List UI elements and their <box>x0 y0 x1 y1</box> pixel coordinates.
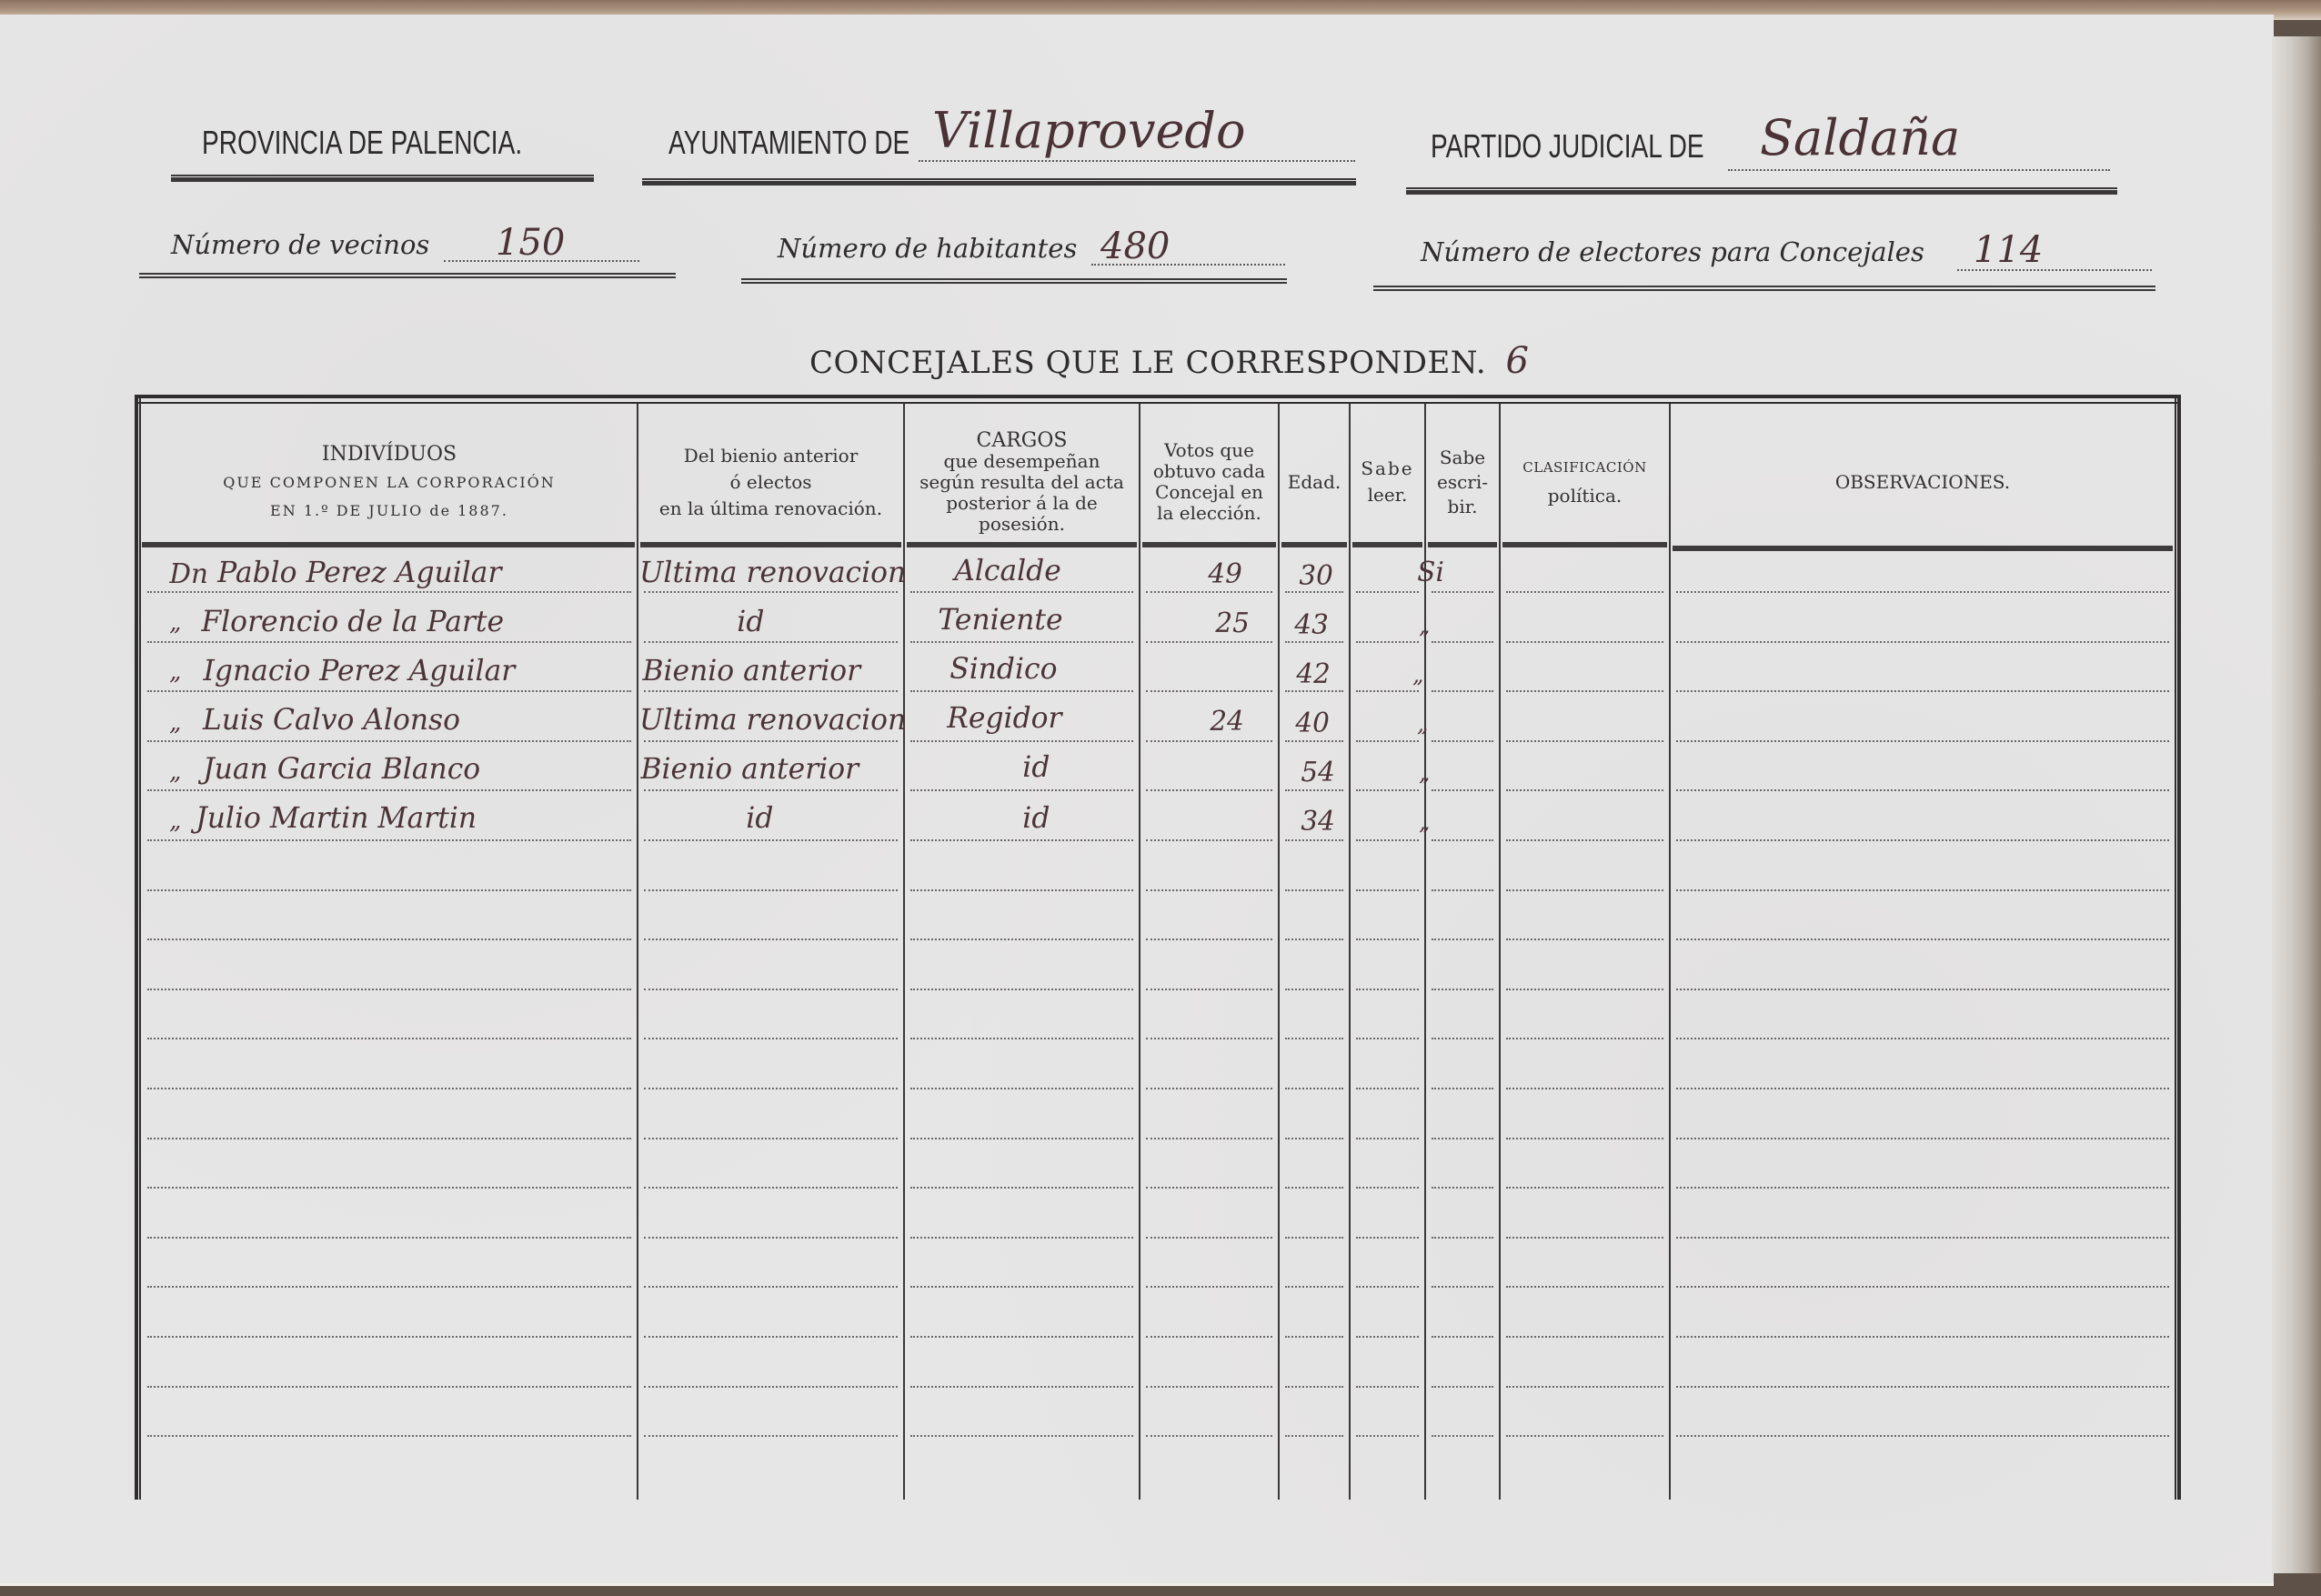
electores-rule <box>1373 286 2155 291</box>
row-ruling <box>1146 1187 1272 1189</box>
row-ruling <box>1506 939 1663 940</box>
row-ruling <box>1676 690 2169 692</box>
row-ruling <box>1432 1435 1493 1437</box>
row-ruling <box>910 789 1133 791</box>
row-ruling <box>1285 1435 1343 1437</box>
row-ruling <box>1506 1038 1663 1039</box>
row-ruling <box>644 1286 898 1288</box>
row-ruling <box>1506 1088 1663 1089</box>
row-ruling <box>1285 939 1343 940</box>
row-3-prefix: „ <box>169 658 181 686</box>
row-ruling <box>1432 1138 1493 1139</box>
header-cargos-line5: posesión. <box>979 514 1065 535</box>
header-observaciones: OBSERVACIONES. <box>1671 415 2175 549</box>
row-ruling <box>1676 839 2169 841</box>
header-edad-line1: Edad. <box>1288 472 1341 493</box>
row-ruling <box>644 789 898 791</box>
row-ruling <box>910 1386 1133 1388</box>
row-ruling <box>1285 1286 1343 1288</box>
row-ruling <box>1506 641 1663 643</box>
partido-dotted-line <box>1728 169 2110 171</box>
row-4-cargo: Regidor <box>947 700 1061 735</box>
row-5-edad: 54 <box>1301 757 1334 788</box>
row-ruling <box>910 1187 1133 1189</box>
row-2-sabe-escribir: „ <box>1419 613 1430 638</box>
row-ruling <box>147 839 631 841</box>
row-3-cargo: Sindico <box>949 651 1057 686</box>
row-ruling <box>1432 1386 1493 1388</box>
row-4-edad: 40 <box>1295 708 1329 739</box>
header-edad: Edad. <box>1280 415 1349 549</box>
header-underline-9 <box>1673 546 2173 551</box>
concejales-title: CONCEJALES QUE LE CORRESPONDEN. 6 <box>809 340 1529 382</box>
row-1-cargo: Alcalde <box>954 553 1061 587</box>
header-votos-line1: Votos que <box>1164 440 1254 461</box>
row-ruling <box>1506 1187 1663 1189</box>
header-bienio-line2: ó electos <box>729 472 811 493</box>
row-ruling <box>147 591 631 593</box>
row-ruling <box>1432 839 1493 841</box>
row-ruling <box>1146 1336 1272 1338</box>
row-ruling <box>1146 889 1272 891</box>
row-6-cargo: id <box>1022 800 1050 835</box>
row-6-bienio: id <box>746 800 773 835</box>
row-ruling <box>1506 591 1663 593</box>
row-ruling <box>910 1138 1133 1139</box>
row-ruling <box>910 839 1133 841</box>
row-1-sabe-escribir: Si <box>1417 557 1444 588</box>
row-6-prefix: „ <box>169 808 181 835</box>
row-ruling <box>147 641 631 643</box>
row-ruling <box>1506 1336 1663 1338</box>
row-ruling <box>644 1088 898 1089</box>
header-underline-7 <box>1428 542 1497 547</box>
header-votos-line2: obtuvo cada <box>1153 461 1265 482</box>
row-1-bienio: Ultima renovacion <box>639 555 906 589</box>
row-ruling <box>1285 1038 1343 1039</box>
row-ruling <box>1506 690 1663 692</box>
row-2-votos: 25 <box>1215 607 1249 639</box>
row-ruling <box>644 740 898 742</box>
header-sabe-escribir-line1: Sabe <box>1440 447 1485 468</box>
row-3-edad: 42 <box>1296 658 1330 690</box>
row-ruling <box>1356 939 1419 940</box>
row-ruling <box>147 740 631 742</box>
row-ruling <box>644 1038 898 1039</box>
header-sabe-escribir: Sabe escri- bir. <box>1426 415 1499 549</box>
row-ruling <box>1432 1088 1493 1089</box>
row-5-prefix: „ <box>169 758 181 786</box>
header-cargos-line2: que desempeñan <box>944 451 1100 472</box>
row-ruling <box>644 641 898 643</box>
row-ruling <box>1676 740 2169 742</box>
row-ruling <box>1676 1286 2169 1288</box>
row-ruling <box>147 1286 631 1288</box>
row-2-bienio: id <box>737 604 764 638</box>
row-4-nombre: Luis Calvo Alonso <box>203 702 460 737</box>
row-ruling <box>1676 1336 2169 1338</box>
row-ruling <box>1506 1138 1663 1139</box>
header-underline-4 <box>1142 542 1276 547</box>
col-sep-8 <box>1669 404 1671 1500</box>
row-ruling <box>147 690 631 692</box>
concejales-table: INDIVÍDUOS QUE COMPONEN LA CORPORACIÓN E… <box>135 395 2181 1500</box>
col-sep-5 <box>1349 404 1351 1500</box>
book-page-stack <box>2272 36 2321 1573</box>
row-6-nombre: Julio Martin Martin <box>196 800 477 835</box>
row-ruling <box>147 1187 631 1189</box>
header-clasificacion-line1: CLASIFICACIÓN <box>1522 457 1646 478</box>
row-ruling <box>1356 641 1419 643</box>
header-underline-8 <box>1502 542 1667 547</box>
header-bienio-line1: Del bienio anterior <box>684 446 859 467</box>
vecinos-rule <box>139 273 676 278</box>
row-5-cargo: id <box>1022 749 1050 784</box>
row-ruling <box>1356 740 1419 742</box>
ayuntamiento-label: AYUNTAMIENTO DE <box>668 124 909 162</box>
row-ruling <box>1146 939 1272 940</box>
row-ruling <box>910 989 1133 990</box>
header-sabe-escribir-line3: bir. <box>1448 497 1478 517</box>
row-2-cargo: Teniente <box>938 602 1062 637</box>
row-ruling <box>1356 1237 1419 1239</box>
header-clasificacion: CLASIFICACIÓN política. <box>1501 415 1669 549</box>
row-3-bienio: Bienio anterior <box>642 653 860 688</box>
row-ruling <box>1432 1237 1493 1239</box>
header-bienio-line3: en la última renovación. <box>659 498 882 519</box>
row-ruling <box>1356 591 1419 593</box>
row-ruling <box>1146 1088 1272 1089</box>
row-ruling <box>1506 989 1663 990</box>
row-ruling <box>1432 1038 1493 1039</box>
row-ruling <box>1285 1138 1343 1139</box>
row-ruling <box>1285 1237 1343 1239</box>
row-ruling <box>910 1088 1133 1089</box>
row-ruling <box>1146 989 1272 990</box>
row-ruling <box>910 1336 1133 1338</box>
row-ruling <box>1356 839 1419 841</box>
col-sep-1 <box>637 404 638 1500</box>
col-sep-4 <box>1278 404 1280 1500</box>
row-1-votos: 49 <box>1208 558 1241 590</box>
row-ruling <box>1146 641 1272 643</box>
row-ruling <box>1146 1286 1272 1288</box>
row-ruling <box>1285 989 1343 990</box>
row-ruling <box>1285 1088 1343 1089</box>
vecinos-label: Número de vecinos <box>171 229 429 260</box>
row-ruling <box>910 1237 1133 1239</box>
table-top-border <box>135 395 2181 404</box>
concejales-count: 6 <box>1506 340 1530 382</box>
row-ruling <box>147 1435 631 1437</box>
header-sabe-leer: Sabe leer. <box>1351 415 1424 549</box>
row-1-prefix: Dn <box>169 558 208 590</box>
row-ruling <box>1146 1237 1272 1239</box>
row-ruling <box>910 939 1133 940</box>
header-underline-3 <box>907 542 1137 547</box>
row-ruling <box>644 1336 898 1338</box>
row-ruling <box>1356 1336 1419 1338</box>
row-ruling <box>910 1435 1133 1437</box>
row-ruling <box>1506 1237 1663 1239</box>
row-ruling <box>1285 1386 1343 1388</box>
row-1-nombre: Pablo Perez Aguilar <box>217 555 501 589</box>
row-ruling <box>1285 690 1343 692</box>
row-ruling <box>1676 1088 2169 1089</box>
row-ruling <box>1506 1386 1663 1388</box>
row-ruling <box>147 889 631 891</box>
row-ruling <box>147 989 631 990</box>
row-ruling <box>1506 789 1663 791</box>
row-ruling <box>644 1435 898 1437</box>
row-ruling <box>1356 1187 1419 1189</box>
row-ruling <box>1676 1187 2169 1189</box>
row-ruling <box>1506 740 1663 742</box>
header-cargos-line3: según resulta del acta <box>919 472 1124 493</box>
row-ruling <box>1432 789 1493 791</box>
header-underline-6 <box>1352 542 1422 547</box>
row-5-bienio: Bienio anterior <box>640 751 859 786</box>
habitantes-rule <box>741 278 1287 284</box>
vecinos-value: 150 <box>496 222 565 264</box>
header-underline-1 <box>142 542 635 547</box>
row-ruling <box>1146 1038 1272 1039</box>
row-ruling <box>644 690 898 692</box>
header-sabe-leer-line2: leer. <box>1368 485 1408 506</box>
row-ruling <box>147 1138 631 1139</box>
row-ruling <box>1676 1138 2169 1139</box>
row-ruling <box>1432 889 1493 891</box>
row-ruling <box>1285 789 1343 791</box>
electores-label: Número de electores para Concejales <box>1421 236 1924 267</box>
header-votos-line4: la elección. <box>1157 503 1261 524</box>
ayuntamiento-value: Villaprovedo <box>932 102 1246 159</box>
row-ruling <box>1506 839 1663 841</box>
header-individuos-line2: QUE COMPONEN LA CORPORACIÓN <box>223 472 556 493</box>
row-ruling <box>1432 740 1493 742</box>
row-ruling <box>1432 939 1493 940</box>
ayuntamiento-rule <box>642 178 1356 186</box>
row-ruling <box>147 1336 631 1338</box>
row-6-edad: 34 <box>1301 806 1334 838</box>
partido-value: Saldaña <box>1760 109 1960 166</box>
row-ruling <box>1676 1038 2169 1039</box>
row-ruling <box>1146 789 1272 791</box>
row-ruling <box>147 1038 631 1039</box>
row-ruling <box>1676 889 2169 891</box>
row-ruling <box>910 889 1133 891</box>
table-left-border <box>135 395 141 1500</box>
row-ruling <box>644 591 898 593</box>
row-4-sabe-escribir: „ <box>1417 711 1428 737</box>
row-ruling <box>910 641 1133 643</box>
row-ruling <box>644 839 898 841</box>
concejales-title-text: CONCEJALES QUE LE CORRESPONDEN. <box>809 345 1486 381</box>
row-2-nombre: Florencio de la Parte <box>201 604 504 638</box>
row-ruling <box>1356 1138 1419 1139</box>
row-ruling <box>910 1286 1133 1288</box>
row-ruling <box>1676 1386 2169 1388</box>
row-ruling <box>1506 889 1663 891</box>
row-ruling <box>1676 1435 2169 1437</box>
row-ruling <box>147 1237 631 1239</box>
row-ruling <box>1432 1286 1493 1288</box>
header-individuos: INDIVÍDUOS QUE COMPONEN LA CORPORACIÓN E… <box>142 415 637 549</box>
partido-label: PARTIDO JUDICIAL DE <box>1431 127 1704 166</box>
row-ruling <box>1676 1237 2169 1239</box>
row-ruling <box>1676 939 2169 940</box>
row-ruling <box>1356 889 1419 891</box>
provincia-rule <box>171 175 594 182</box>
row-ruling <box>1356 1286 1419 1288</box>
row-ruling <box>1676 591 2169 593</box>
row-ruling <box>1432 1336 1493 1338</box>
row-ruling <box>1285 889 1343 891</box>
row-ruling <box>1356 1435 1419 1437</box>
row-ruling <box>1676 789 2169 791</box>
ayuntamiento-dotted-line <box>919 160 1355 162</box>
header-individuos-line1: INDIVÍDUOS <box>322 444 457 465</box>
header-cargos: CARGOS que desempeñan según resulta del … <box>905 415 1139 549</box>
row-6-sabe-escribir: „ <box>1419 809 1430 835</box>
row-4-bienio: Ultima renovacion <box>639 702 906 737</box>
row-ruling <box>644 939 898 940</box>
col-sep-3 <box>1139 404 1140 1500</box>
header-underline-2 <box>640 542 901 547</box>
header-clasificacion-line2: política. <box>1548 486 1623 507</box>
row-ruling <box>1285 839 1343 841</box>
row-ruling <box>910 591 1133 593</box>
header-bienio: Del bienio anterior ó electos en la últi… <box>638 415 903 549</box>
row-ruling <box>644 1187 898 1189</box>
row-3-sabe-escribir: „ <box>1412 662 1423 688</box>
row-ruling <box>910 690 1133 692</box>
row-2-edad: 43 <box>1294 609 1328 641</box>
header-observaciones-line1: OBSERVACIONES. <box>1835 472 2010 493</box>
row-ruling <box>1676 989 2169 990</box>
row-ruling <box>1285 740 1343 742</box>
header-votos-line3: Concejal en <box>1155 482 1263 503</box>
row-1-edad: 30 <box>1299 560 1332 592</box>
row-ruling <box>1146 690 1272 692</box>
row-ruling <box>644 989 898 990</box>
row-ruling <box>910 1038 1133 1039</box>
header-votos: Votos que obtuvo cada Concejal en la ele… <box>1140 415 1278 549</box>
row-ruling <box>1506 1286 1663 1288</box>
row-ruling <box>1146 591 1272 593</box>
header-cargos-line4: posterior á la de <box>946 493 1098 514</box>
row-ruling <box>147 1088 631 1089</box>
row-ruling <box>644 1237 898 1239</box>
row-ruling <box>1356 690 1419 692</box>
row-ruling <box>1146 1386 1272 1388</box>
row-ruling <box>1356 789 1419 791</box>
row-ruling <box>1356 1088 1419 1089</box>
table-right-border <box>2175 395 2181 1500</box>
partido-rule <box>1406 187 2117 195</box>
row-ruling <box>1506 1435 1663 1437</box>
row-2-prefix: „ <box>169 609 181 637</box>
header-sabe-escribir-line2: escri- <box>1437 472 1488 493</box>
electores-value: 114 <box>1974 229 2043 271</box>
row-ruling <box>1146 1138 1272 1139</box>
header-underline-5 <box>1281 542 1347 547</box>
row-4-votos: 24 <box>1210 706 1243 738</box>
row-ruling <box>1356 1038 1419 1039</box>
col-sep-7 <box>1499 404 1501 1500</box>
row-5-nombre: Juan Garcia Blanco <box>203 751 480 786</box>
row-ruling <box>1146 1435 1272 1437</box>
row-ruling <box>1356 1386 1419 1388</box>
row-ruling <box>147 939 631 940</box>
row-ruling <box>1285 1187 1343 1189</box>
row-5-sabe-escribir: „ <box>1419 760 1430 786</box>
row-ruling <box>1356 989 1419 990</box>
row-ruling <box>1432 641 1493 643</box>
row-ruling <box>644 889 898 891</box>
row-4-prefix: „ <box>169 709 181 737</box>
header-cargos-line1: CARGOS <box>977 430 1068 451</box>
habitantes-label: Número de habitantes <box>778 233 1077 264</box>
row-ruling <box>910 740 1133 742</box>
row-ruling <box>1146 839 1272 841</box>
header-sabe-leer-line1: Sabe <box>1361 458 1413 479</box>
row-ruling <box>1432 591 1493 593</box>
row-ruling <box>644 1386 898 1388</box>
row-ruling <box>147 789 631 791</box>
row-ruling <box>1285 1336 1343 1338</box>
row-ruling <box>1146 740 1272 742</box>
row-ruling <box>1432 690 1493 692</box>
row-ruling <box>1432 1187 1493 1189</box>
ledger-page: PROVINCIA DE PALENCIA. AYUNTAMIENTO DE V… <box>0 15 2274 1586</box>
row-3-nombre: Ignacio Perez Aguilar <box>203 653 515 688</box>
row-ruling <box>1676 641 2169 643</box>
row-ruling <box>147 1386 631 1388</box>
provincia-heading: PROVINCIA DE PALENCIA. <box>202 124 522 162</box>
header-individuos-line3: EN 1.º DE JULIO de 1887. <box>270 500 508 521</box>
habitantes-value: 480 <box>1100 226 1170 267</box>
row-ruling <box>1432 989 1493 990</box>
row-ruling <box>644 1138 898 1139</box>
